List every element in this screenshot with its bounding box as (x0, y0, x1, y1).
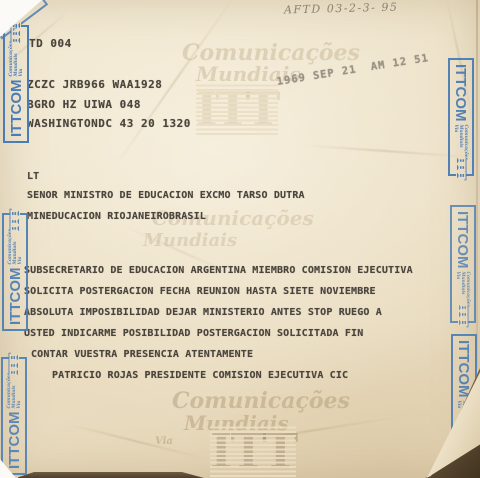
stamp-tagline: ComunicaçõesMundiais Via (7, 379, 22, 409)
service-code: LT (27, 171, 39, 182)
ittcom-wordmark: ITTCOM (457, 340, 472, 398)
watermark-text: Via (155, 436, 173, 447)
ittcom-stamp: ITTCOM ComunicaçõesMundiais Via ITT (448, 58, 474, 176)
itt-stripe-pattern (10, 22, 23, 44)
itt-stripe-pattern (196, 82, 278, 136)
stamp-tagline: ComunicaçõesMundiais Via (456, 272, 471, 302)
routing-line: WASHINGTONDC 43 20 1320 (27, 117, 191, 130)
handwritten-reference: AFTD 03-2-3- 95 (284, 1, 399, 17)
itt-stripe-pattern (455, 158, 468, 180)
itt-logo: ITT (10, 22, 23, 44)
message-line: CONTAR VUESTRA PRESENCIA ATENTAMENTE (31, 349, 253, 360)
watermark-text: Mundiais (143, 230, 237, 251)
routing-line: ZCZC JRB966 WAA1928 (27, 78, 162, 91)
itt-logo: ITT (9, 210, 22, 232)
ittcom-wordmark: ITTCOM (456, 211, 471, 269)
message-line: ABSOLUTA IMPOSIBILIDAD DEJAR MINISTERIO … (24, 307, 382, 318)
paper-crease (300, 144, 470, 158)
desk-id-line: TD 004 (29, 37, 72, 50)
itt-stripe-pattern (9, 210, 22, 232)
ittcom-wordmark: ITTCOM (7, 412, 22, 470)
ittcom-stamp: ITTCOM ComunicaçõesMundiais Via ITT (450, 205, 476, 323)
itt-logo: ITT (455, 158, 468, 180)
stamp-tagline: ComunicaçõesMundiais Via (9, 47, 24, 77)
message-line: SUBSECRETARIO DE EDUCACION ARGENTINA MIE… (24, 265, 413, 276)
itt-logo: ITT (8, 354, 21, 376)
telegram-paper: Comunicações Mundiais ITT Comunicações M… (0, 0, 480, 478)
message-line: USTED INDICARME POSIBILIDAD POSTERGACION… (24, 328, 363, 339)
paper-fold-line (476, 0, 478, 368)
stamp-tagline: ComunicaçõesMundiais Via (454, 125, 469, 155)
ittcom-wordmark: ITTCOM (454, 64, 469, 122)
telegram-scan: Comunicações Mundiais ITT Comunicações M… (0, 0, 480, 478)
message-line: SOLICITA POSTERGACION FECHA REUNION HAST… (24, 286, 376, 297)
itt-stripe-pattern (210, 424, 296, 478)
itt-stripe-pattern (457, 305, 470, 327)
ittcom-wordmark: ITTCOM (9, 80, 24, 138)
signature-line: PATRICIO ROJAS PRESIDENTE COMISION EJECU… (52, 370, 348, 381)
ittcom-wordmark: ITTCOM (8, 268, 23, 326)
routing-line: BGRO HZ UIWA 048 (27, 98, 141, 111)
itt-logo: ITT (457, 305, 470, 327)
itt-stripe-pattern (8, 354, 21, 376)
ittcom-stamp: ITTCOM ComunicaçõesMundiais Via ITT (2, 213, 28, 331)
addressee-line: MINEDUCACION RIOJANEIROBRASIL (27, 211, 206, 222)
ittcom-stamp: ITTCOM ComunicaçõesMundiais Via ITT (3, 25, 29, 143)
ittcom-stamp: ITTCOM ComunicaçõesMundiais Via ITT (1, 357, 27, 475)
watermark-itt-logo: ITT (210, 424, 296, 478)
watermark-itt-logo: ITT (196, 82, 278, 136)
stamp-tagline: ComunicaçõesMundiais Via (8, 235, 23, 265)
addressee-line: SENOR MINISTRO DE EDUCACION EXCMO TARSO … (27, 190, 305, 201)
